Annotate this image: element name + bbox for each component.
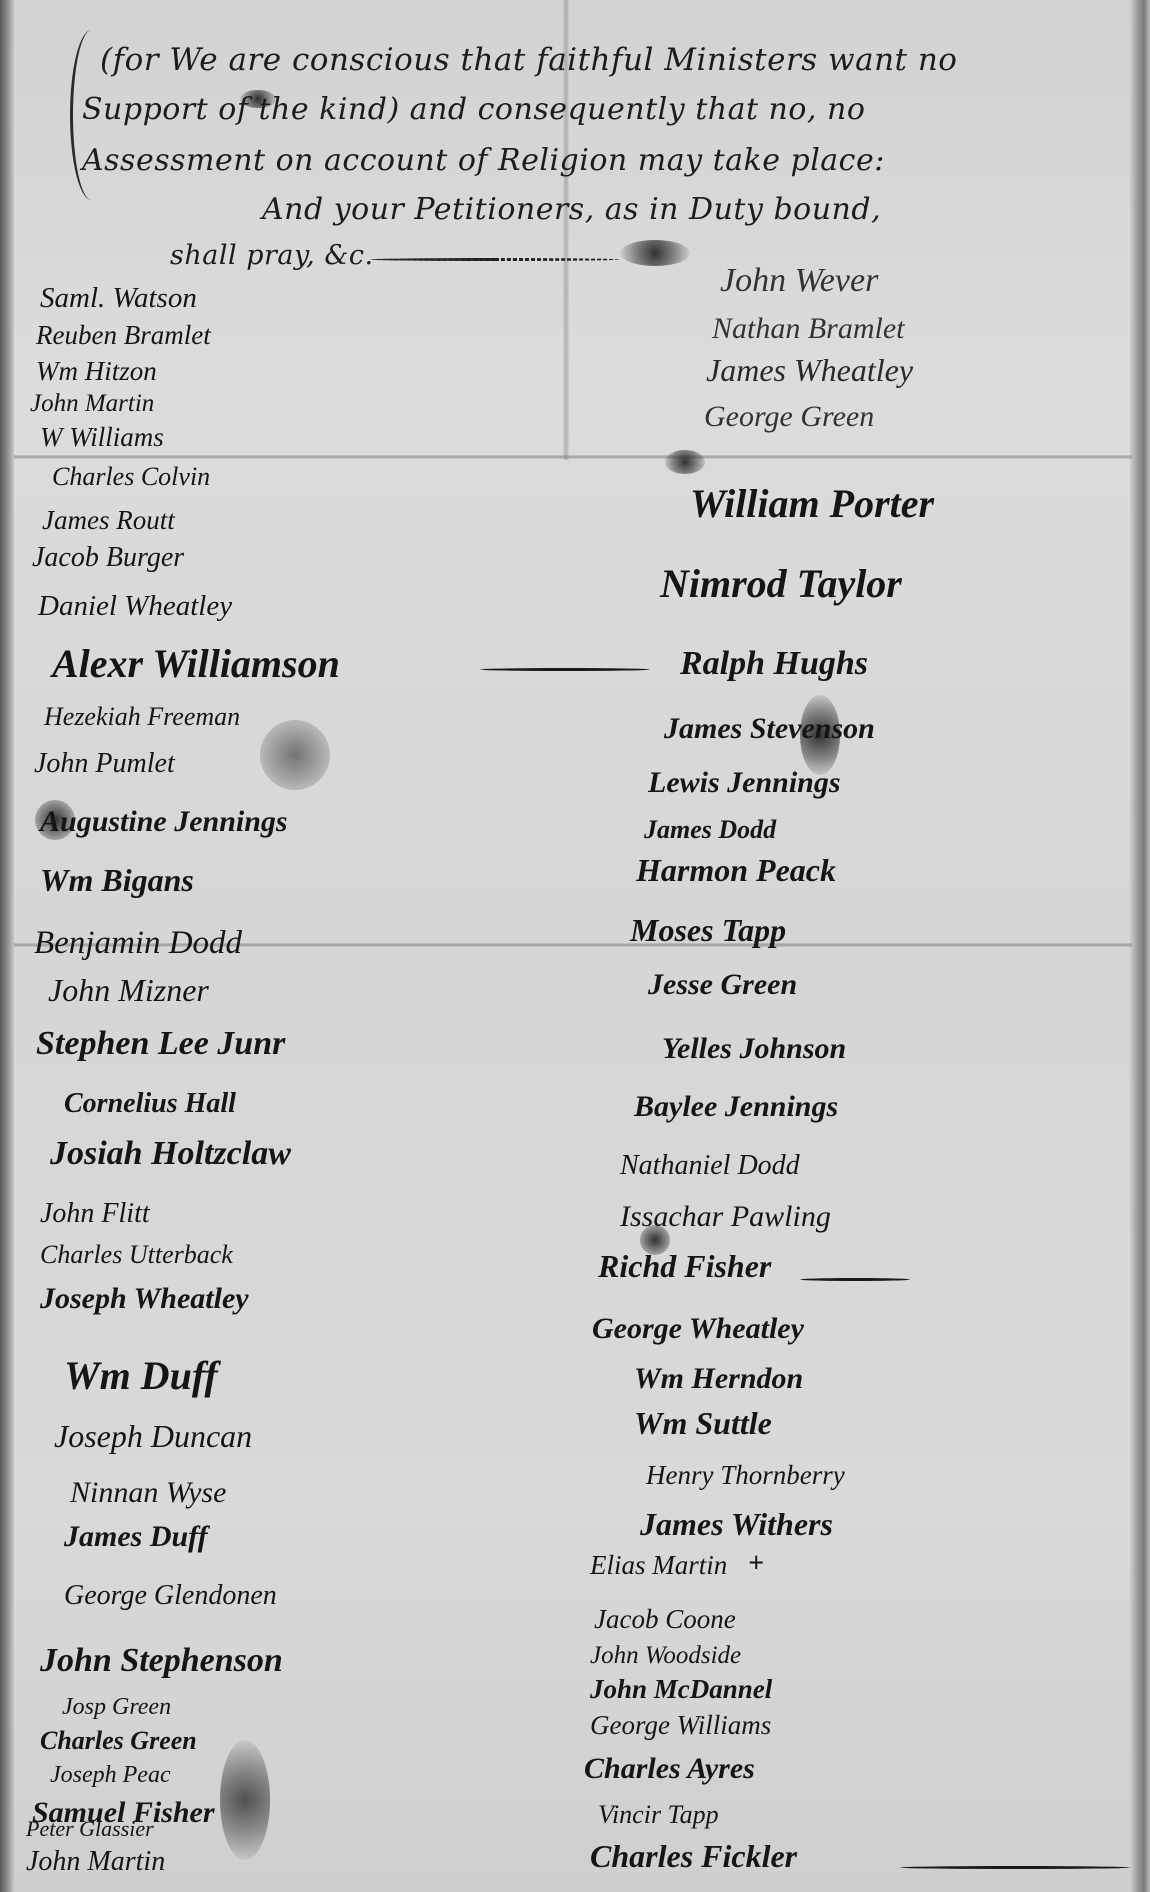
signature-left: Hezekiah Freeman (44, 702, 240, 732)
signature-right: James Stevenson (664, 712, 875, 746)
signature-left: John Mizner (48, 972, 209, 1009)
signature-left: Wm Duff (64, 1352, 218, 1399)
signature-flourish (800, 1278, 910, 1281)
ink-smudge (260, 720, 330, 790)
signature-left: Jacob Burger (32, 542, 184, 574)
signature-right: John Woodside (590, 1642, 741, 1670)
signature-right: George Wheatley (592, 1312, 804, 1346)
signature-right: Jacob Coone (594, 1604, 736, 1635)
signature-left: W Williams (40, 422, 164, 453)
signature-left: John Martin (30, 390, 154, 418)
signature-right: Charles Fickler (590, 1838, 797, 1875)
petition-page: (for We are conscious that faithful Mini… (0, 0, 1150, 1892)
preamble-line-3: Assessment on account of Religion may ta… (82, 143, 885, 178)
signature-left: Charles Green (40, 1726, 197, 1756)
signature-left: Charles Colvin (52, 462, 210, 492)
signature-left: John Stephenson (40, 1642, 283, 1680)
signature-left: Benjamin Dodd (34, 925, 242, 962)
signature-left: John Flitt (40, 1198, 150, 1230)
signature-right: George Green (704, 400, 874, 434)
signature-right: Yelles Johnson (662, 1032, 846, 1066)
preamble-line-2: Support of the kind) and consequently th… (82, 92, 865, 127)
signature-right: James Dodd (644, 815, 776, 845)
signature-left: Peter Glassier (26, 1816, 154, 1842)
ink-blot (665, 450, 705, 474)
signature-left: Saml. Watson (40, 282, 197, 315)
signature-left: Alexr Williamson (52, 640, 340, 687)
signature-right: Lewis Jennings (648, 766, 841, 800)
signature-flourish (480, 668, 650, 671)
signature-left: Ninnan Wyse (70, 1476, 226, 1510)
signature-right: Baylee Jennings (634, 1090, 838, 1124)
signature-left: Joseph Duncan (54, 1418, 252, 1455)
signature-right: Jesse Green (648, 968, 797, 1002)
signature-right: Wm Herndon (634, 1362, 803, 1396)
fold-line-horizontal-upper (14, 455, 1132, 459)
preamble-line-1: (for We are conscious that faithful Mini… (100, 42, 957, 78)
signature-right: Issachar Pawling (620, 1200, 831, 1234)
signature-right: Elias Martin (590, 1550, 727, 1581)
signature-right: Moses Tapp (630, 912, 786, 949)
signature-right: Harmon Peack (636, 852, 836, 889)
signature-right: Henry Thornberry (646, 1460, 845, 1491)
preamble-line-5: shall pray, &c. (170, 240, 374, 271)
signature-left: Josp Green (62, 1694, 171, 1721)
signature-left: Augustine Jennings (40, 805, 288, 839)
preamble-line-4: And your Petitioners, as in Duty bound, (262, 192, 881, 227)
signature-right: Nathaniel Dodd (620, 1150, 800, 1182)
signature-right: Charles Ayres (584, 1752, 755, 1786)
signature-left: Joseph Peac (50, 1762, 171, 1789)
signature-left: Wm Hitzon (36, 356, 157, 387)
signature-left: John Pumlet (34, 748, 175, 780)
signature-left: James Routt (42, 505, 175, 536)
closing-flourish (370, 258, 620, 261)
signature-right: Vincir Tapp (598, 1800, 719, 1830)
ink-smear (220, 1740, 270, 1860)
signature-left: Cornelius Hall (64, 1088, 236, 1120)
signature-left: George Glendonen (64, 1580, 277, 1612)
signature-left: James Duff (64, 1520, 208, 1554)
signature-left: Wm Bigans (40, 862, 194, 899)
ink-blot (620, 240, 690, 266)
signature-right: Richd Fisher (598, 1248, 771, 1285)
signature-flourish (900, 1866, 1130, 1869)
signature-right: Ralph Hughs (680, 645, 868, 683)
signature-left: Daniel Wheatley (38, 590, 232, 623)
signature-right: Nimrod Taylor (660, 560, 902, 607)
signature-left: Reuben Bramlet (36, 320, 211, 351)
signature-left: Joseph Wheatley (40, 1282, 249, 1316)
mark-cross: + (748, 1548, 764, 1580)
signature-right: George Williams (590, 1710, 771, 1741)
signature-right: William Porter (690, 480, 934, 527)
signature-left: Josiah Holtzclaw (50, 1135, 291, 1173)
signature-right: James Withers (640, 1506, 833, 1543)
page-left-edge (0, 0, 14, 1892)
signature-right: Wm Suttle (634, 1405, 772, 1442)
signature-right: John McDannel (590, 1674, 772, 1705)
signature-right: Nathan Bramlet (712, 312, 905, 346)
page-right-edge (1130, 0, 1150, 1892)
signature-right: John Wever (720, 262, 878, 300)
signature-left: Stephen Lee Junr (36, 1025, 285, 1063)
signature-left: John Martin (26, 1846, 165, 1878)
signature-right: James Wheatley (706, 352, 913, 389)
signature-left: Charles Utterback (40, 1240, 233, 1270)
